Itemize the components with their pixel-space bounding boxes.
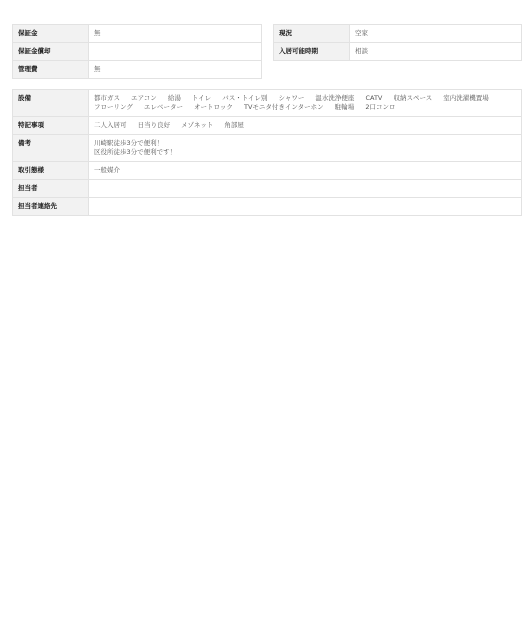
current-status-label: 現況: [274, 25, 350, 43]
equipment-item: バス・トイレ別: [222, 94, 267, 102]
staff-label: 担当者: [13, 180, 89, 198]
transaction-type-value: 一般媒介: [89, 162, 522, 180]
feature-item: 角部屋: [224, 121, 244, 129]
deposit-amortization-label: 保証金償却: [13, 43, 89, 61]
features-label: 特記事項: [13, 117, 89, 135]
equipment-item: エアコン: [131, 94, 157, 102]
remarks-line: 区役所徒歩3分で便利です！: [94, 148, 516, 157]
equipment-item: 温水洗浄便座: [315, 94, 354, 102]
table-row: 保証金償却: [13, 43, 262, 61]
table-row: 担当者連絡先: [13, 198, 522, 216]
deposit-label: 保証金: [13, 25, 89, 43]
equipment-item: フローリング: [94, 103, 133, 111]
equipment-item: 給湯: [168, 94, 181, 102]
feature-item: 二人入居可: [94, 121, 127, 129]
table-row: 管理費 無: [13, 61, 262, 79]
feature-item: メゾネット: [181, 121, 213, 129]
equipment-item: エレベーター: [144, 103, 183, 111]
details-table: 設備 都市ガス エアコン 給湯 トイレ バス・トイレ別 シャワー 温水洗浄便座 …: [12, 89, 522, 216]
equipment-item: CATV: [365, 94, 382, 102]
table-row: 入居可能時期 相談: [274, 43, 522, 61]
features-list: 二人入居可 日当り良好 メゾネット 角部屋: [89, 117, 522, 135]
equipment-list: 都市ガス エアコン 給湯 トイレ バス・トイレ別 シャワー 温水洗浄便座 CAT…: [89, 90, 522, 117]
equipment-item: オートロック: [194, 103, 233, 111]
table-row: 備考 川崎駅徒歩3分で便利！ 区役所徒歩3分で便利です！: [13, 135, 522, 162]
table-row: 設備 都市ガス エアコン 給湯 トイレ バス・トイレ別 シャワー 温水洗浄便座 …: [13, 90, 522, 117]
feature-item: 日当り良好: [138, 121, 171, 129]
equipment-item: 収納スペース: [393, 94, 432, 102]
equipment-item: 都市ガス: [94, 94, 120, 102]
equipment-item: 2口コンロ: [365, 103, 395, 111]
equipment-item: TVモニタ付きインターホン: [244, 103, 324, 111]
remarks-line: 川崎駅徒歩3分で便利！: [94, 139, 516, 148]
equipment-item: トイレ: [192, 94, 211, 102]
move-in-date-value: 相談: [350, 43, 522, 61]
status-table: 現況 空家 入居可能時期 相談: [273, 24, 522, 61]
deposit-value: 無: [89, 25, 262, 43]
fees-table: 保証金 無 保証金償却 管理費 無: [12, 24, 262, 79]
remarks-label: 備考: [13, 135, 89, 162]
current-status-value: 空家: [350, 25, 522, 43]
table-row: 保証金 無: [13, 25, 262, 43]
staff-contact-value: [89, 198, 522, 216]
deposit-amortization-value: [89, 43, 262, 61]
table-row: 取引態様 一般媒介: [13, 162, 522, 180]
staff-contact-label: 担当者連絡先: [13, 198, 89, 216]
table-row: 特記事項 二人入居可 日当り良好 メゾネット 角部屋: [13, 117, 522, 135]
equipment-label: 設備: [13, 90, 89, 117]
transaction-type-label: 取引態様: [13, 162, 89, 180]
move-in-date-label: 入居可能時期: [274, 43, 350, 61]
remarks-value: 川崎駅徒歩3分で便利！ 区役所徒歩3分で便利です！: [89, 135, 522, 162]
management-fee-label: 管理費: [13, 61, 89, 79]
management-fee-value: 無: [89, 61, 262, 79]
table-row: 担当者: [13, 180, 522, 198]
staff-value: [89, 180, 522, 198]
table-row: 現況 空家: [274, 25, 522, 43]
equipment-item: シャワー: [278, 94, 304, 102]
equipment-item: 駐輪場: [335, 103, 355, 111]
equipment-item: 室内洗濯機置場: [443, 94, 489, 102]
